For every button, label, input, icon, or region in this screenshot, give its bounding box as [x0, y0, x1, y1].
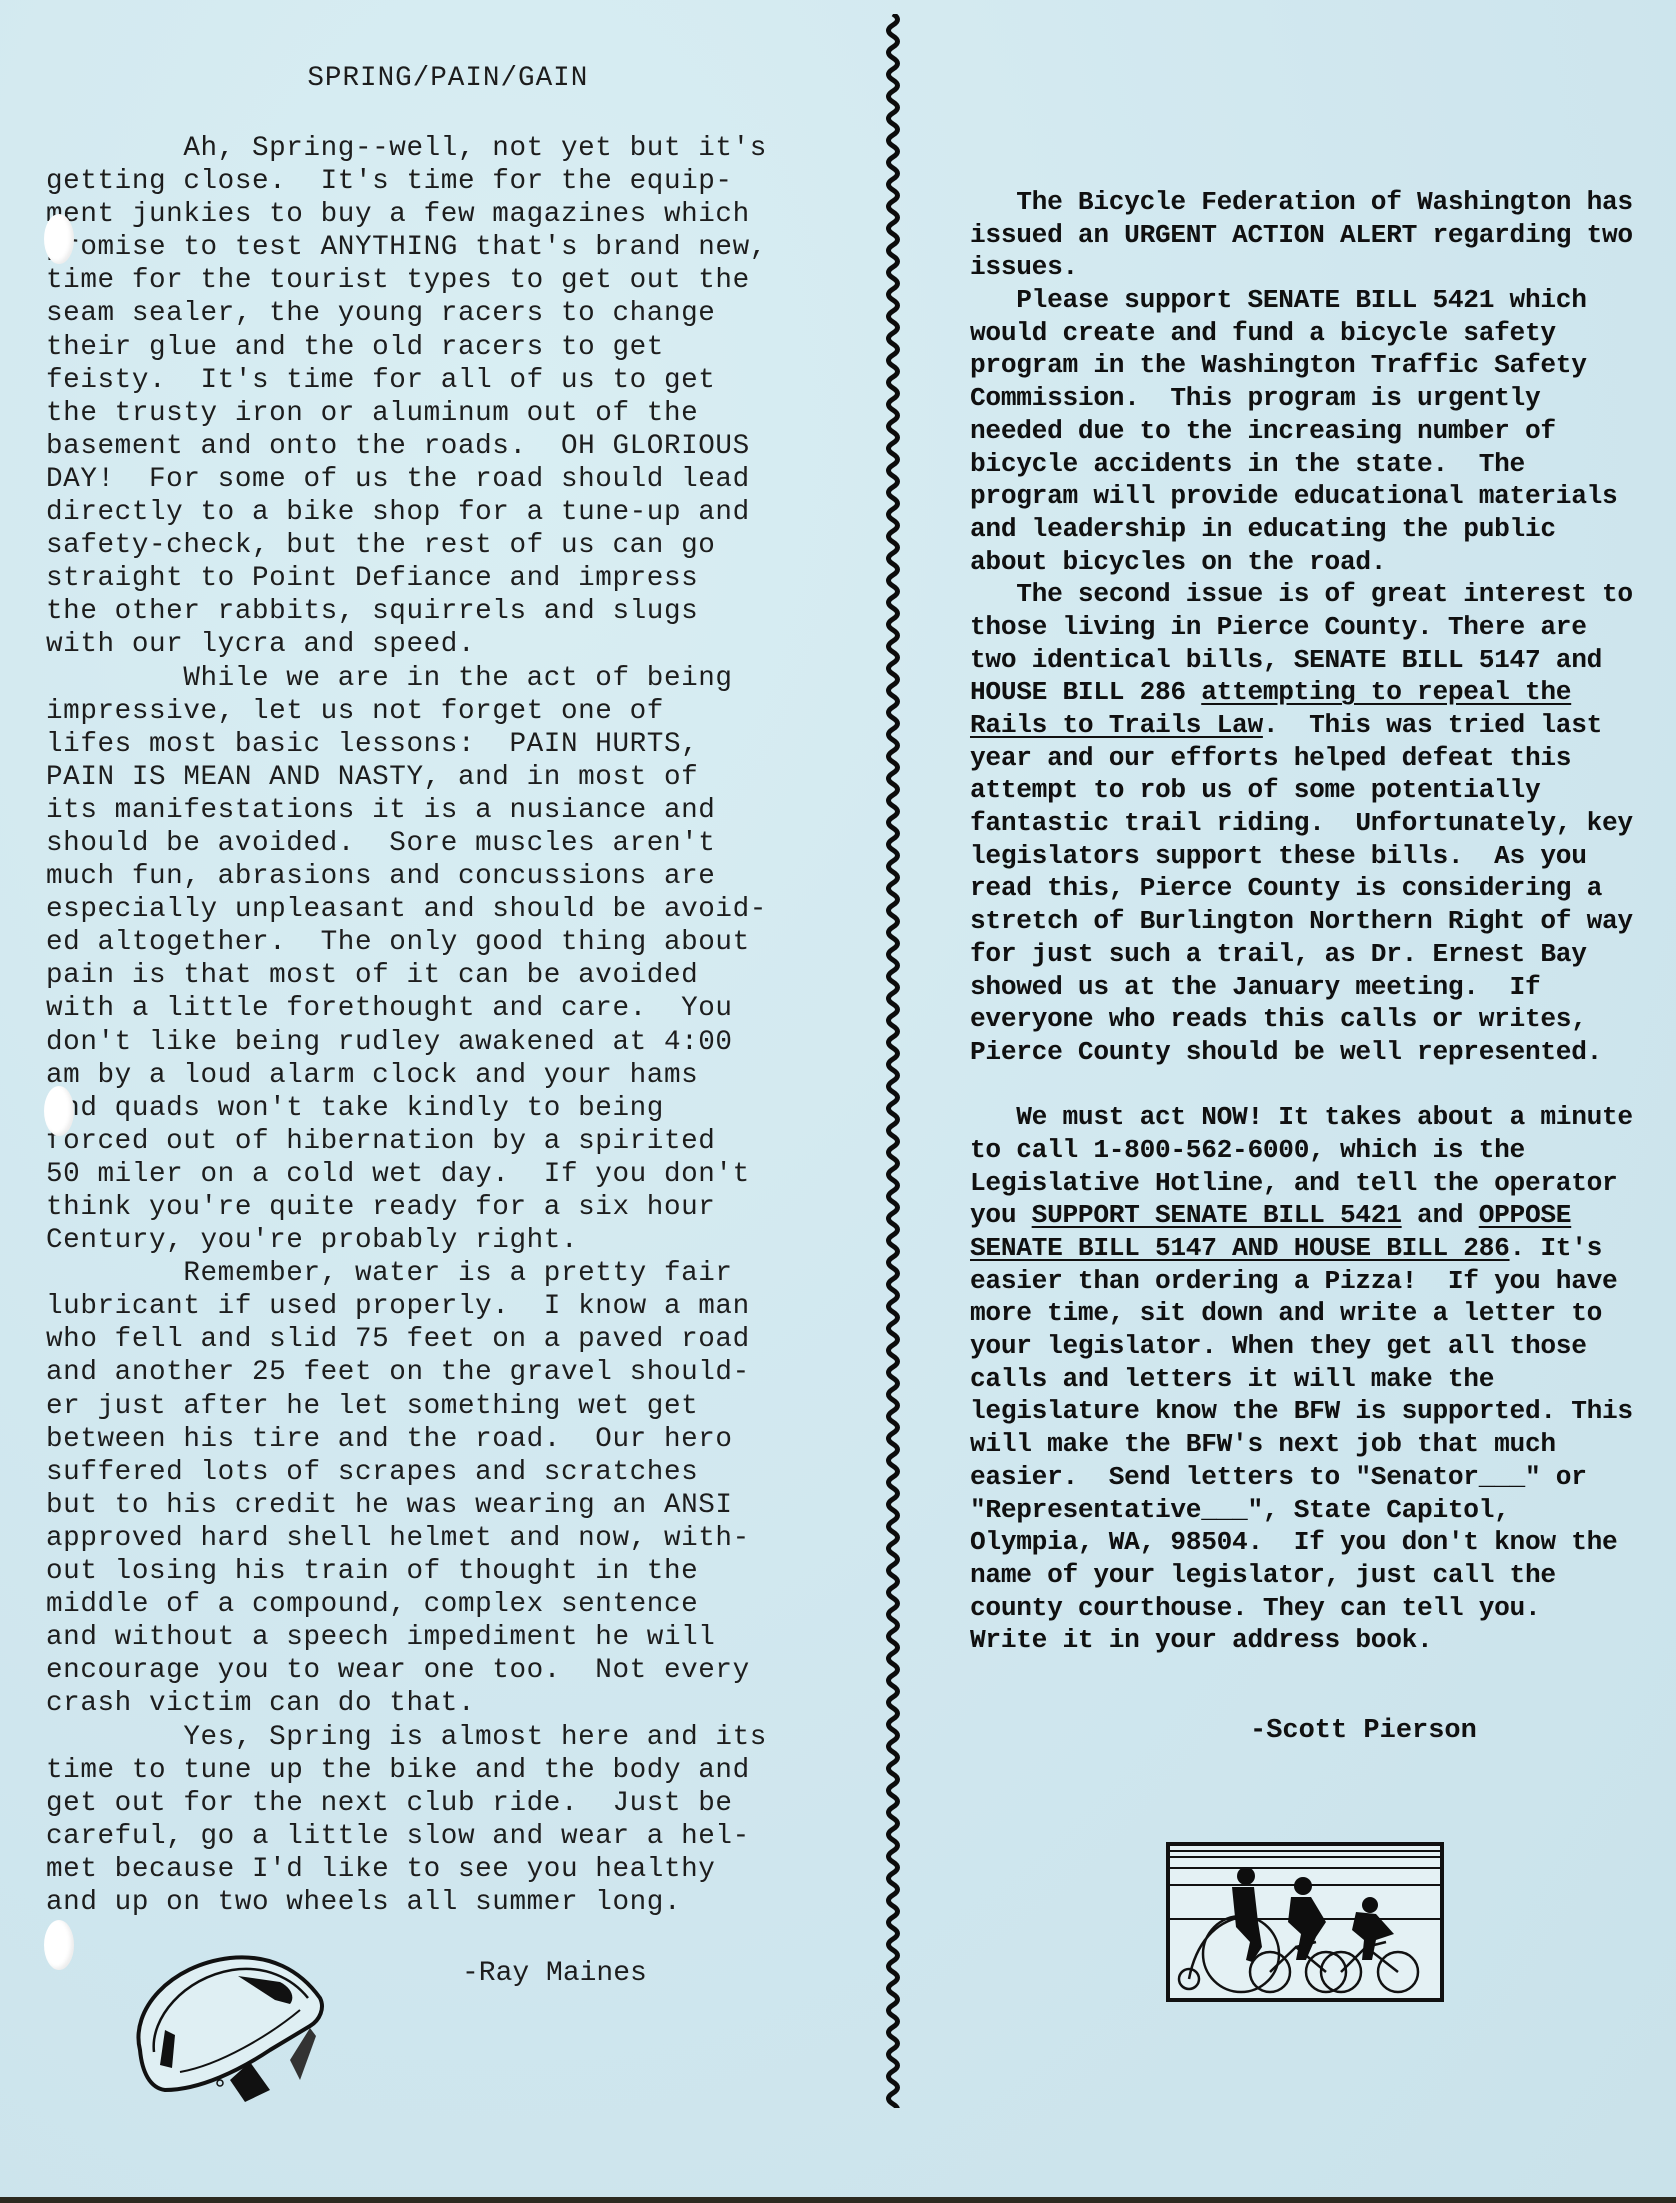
text-line: think you're quite ready for a six hour: [46, 1191, 767, 1224]
text-line: Pierce County should be well represented…: [970, 1036, 1676, 1069]
text-line: out losing his train of thought in the: [46, 1555, 767, 1588]
text-line: The Bicycle Federation of Washington has: [970, 186, 1676, 219]
text-line: easier. Send letters to "Senator___" or: [970, 1461, 1676, 1494]
text-line: legislature know the BFW is supported. T…: [970, 1395, 1676, 1428]
text-line: easier than ordering a Pizza! If you hav…: [970, 1265, 1676, 1298]
text-line: DAY! For some of us the road should lead: [46, 463, 767, 496]
text-line: Remember, water is a pretty fair: [46, 1257, 767, 1290]
binder-hole: [44, 214, 74, 264]
text-line: those living in Pierce County. There are: [970, 611, 1676, 644]
text-line: year and our efforts helped defeat this: [970, 742, 1676, 775]
text-line: Olympia, WA, 98504. If you don't know th…: [970, 1526, 1676, 1559]
text-line: er just after he let something wet get: [46, 1390, 767, 1423]
text-line: program in the Washington Traffic Safety: [970, 349, 1676, 382]
text-line: "Representative___", State Capitol,: [970, 1494, 1676, 1527]
text-line: don't like being rudley awakened at 4:00: [46, 1026, 767, 1059]
cyclists-silhouette-icon: [1166, 1842, 1444, 2002]
text-line: Ah, Spring--well, not yet but it's: [46, 132, 767, 165]
text-line: suffered lots of scrapes and scratches: [46, 1456, 767, 1489]
text-line: PAIN IS MEAN AND NASTY, and in most of: [46, 761, 767, 794]
text-line: legislators support these bills. As you: [970, 840, 1676, 873]
text-line: Write it in your address book.: [970, 1624, 1676, 1657]
text-line: with a little forethought and care. You: [46, 992, 767, 1025]
text-line: would create and fund a bicycle safety: [970, 317, 1676, 350]
text-line: showed us at the January meeting. If: [970, 971, 1676, 1004]
text-line: the trusty iron or aluminum out of the: [46, 397, 767, 430]
text-line: with our lycra and speed.: [46, 628, 767, 661]
text-line: and another 25 feet on the gravel should…: [46, 1356, 767, 1389]
text-line: time to tune up the bike and the body an…: [46, 1754, 767, 1787]
text-line: careful, go a little slow and wear a hel…: [46, 1820, 767, 1853]
text-line: crash victim can do that.: [46, 1687, 767, 1720]
text-line: and quads won't take kindly to being: [46, 1092, 767, 1125]
text-line: Commission. This program is urgently: [970, 382, 1676, 415]
text-line: Please support SENATE BILL 5421 which: [970, 284, 1676, 317]
paragraph-senate-bill-5421: Please support SENATE BILL 5421 whichwou…: [970, 284, 1676, 578]
text-line: about bicycles on the road.: [970, 546, 1676, 579]
text-line: but to his credit he was wearing an ANSI: [46, 1489, 767, 1522]
text-line: between his tire and the road. Our hero: [46, 1423, 767, 1456]
text-line: ment junkies to buy a few magazines whic…: [46, 198, 767, 231]
text-line: feisty. It's time for all of us to get: [46, 364, 767, 397]
text-line: getting close. It's time for the equip-: [46, 165, 767, 198]
text-line: and without a speech impediment he will: [46, 1621, 767, 1654]
text-line: time for the tourist types to get out th…: [46, 264, 767, 297]
text-line: met because I'd like to see you healthy: [46, 1853, 767, 1886]
underlined-text: OPPOSE: [1479, 1200, 1572, 1230]
text-line: SENATE BILL 5147 AND HOUSE BILL 286. It'…: [970, 1232, 1676, 1265]
text-line: encourage you to wear one too. Not every: [46, 1654, 767, 1687]
text-line: issues.: [970, 251, 1676, 284]
paragraph-call-to-action: We must act NOW! It takes about a minute…: [970, 1101, 1676, 1657]
text-line: pain is that most of it can be avoided: [46, 959, 767, 992]
underlined-text: SUPPORT SENATE BILL 5421: [1032, 1200, 1402, 1230]
text-line: needed due to the increasing number of: [970, 415, 1676, 448]
wavy-column-divider: [876, 14, 910, 2108]
text-line: While we are in the act of being: [46, 662, 767, 695]
text-line: more time, sit down and write a letter t…: [970, 1297, 1676, 1330]
text-line: attempt to rob us of some potentially: [970, 774, 1676, 807]
text-line: directly to a bike shop for a tune-up an…: [46, 496, 767, 529]
text-line: and leadership in educating the public: [970, 513, 1676, 546]
underlined-text: Rails to Trails Law: [970, 710, 1263, 740]
text-line: Century, you're probably right.: [46, 1224, 767, 1257]
author-signature-ray-maines: -Ray Maines: [462, 1958, 647, 1989]
text-line: its manifestations it is a nusiance and: [46, 794, 767, 827]
text-line: approved hard shell helmet and now, with…: [46, 1522, 767, 1555]
article-body: Ah, Spring--well, not yet but it'sgettin…: [46, 132, 767, 1919]
paragraph-intro: The Bicycle Federation of Washington has…: [970, 186, 1676, 284]
text-line: impressive, let us not forget one of: [46, 695, 767, 728]
text-line: basement and onto the roads. OH GLORIOUS: [46, 430, 767, 463]
text-line: your legislator. When they get all those: [970, 1330, 1676, 1363]
text-line: the other rabbits, squirrels and slugs: [46, 595, 767, 628]
bicycle-helmet-icon: [120, 1940, 340, 2110]
text-line: read this, Pierce County is considering …: [970, 872, 1676, 905]
text-line: issued an URGENT ACTION ALERT regarding …: [970, 219, 1676, 252]
text-line: you SUPPORT SENATE BILL 5421 and OPPOSE: [970, 1199, 1676, 1232]
binder-hole: [44, 1086, 74, 1136]
text-line: bicycle accidents in the state. The: [970, 448, 1676, 481]
text-line: straight to Point Defiance and impress: [46, 562, 767, 595]
text-line: name of your legislator, just call the: [970, 1559, 1676, 1592]
article-title: SPRING/PAIN/GAIN: [46, 62, 850, 95]
text-line: and up on two wheels all summer long.: [46, 1886, 767, 1919]
text-line: who fell and slid 75 feet on a paved roa…: [46, 1323, 767, 1356]
text-line: Legislative Hotline, and tell the operat…: [970, 1167, 1676, 1200]
text-line: am by a loud alarm clock and your hams: [46, 1059, 767, 1092]
underlined-text: attempting to repeal the: [1201, 677, 1571, 707]
text-line: fantastic trail riding. Unfortunately, k…: [970, 807, 1676, 840]
text-line: lubricant if used properly. I know a man: [46, 1290, 767, 1323]
text-line: HOUSE BILL 286 attempting to repeal the: [970, 676, 1676, 709]
text-line: stretch of Burlington Northern Right of …: [970, 905, 1676, 938]
page-edge: [0, 2197, 1676, 2203]
paragraph-second-issue: The second issue is of great interest to…: [970, 578, 1676, 1068]
text-line: 50 miler on a cold wet day. If you don't: [46, 1158, 767, 1191]
text-line: calls and letters it will make the: [970, 1363, 1676, 1396]
text-line: for just such a trail, as Dr. Ernest Bay: [970, 938, 1676, 971]
text-line: We must act NOW! It takes about a minute: [970, 1101, 1676, 1134]
text-line: everyone who reads this calls or writes,: [970, 1003, 1676, 1036]
underlined-text: SENATE BILL 5147 AND HOUSE BILL 286: [970, 1233, 1510, 1263]
text-line: middle of a compound, complex sentence: [46, 1588, 767, 1621]
text-line: two identical bills, SENATE BILL 5147 an…: [970, 644, 1676, 677]
text-line: The second issue is of great interest to: [970, 578, 1676, 611]
text-line: to call 1-800-562-6000, which is the: [970, 1134, 1676, 1167]
text-line: ed altogether. The only good thing about: [46, 926, 767, 959]
text-line: much fun, abrasions and concussions are: [46, 860, 767, 893]
text-line: especially unpleasant and should be avoi…: [46, 893, 767, 926]
text-line: their glue and the old racers to get: [46, 331, 767, 364]
text-line: lifes most basic lessons: PAIN HURTS,: [46, 728, 767, 761]
text-line: seam sealer, the young racers to change: [46, 297, 767, 330]
text-line: should be avoided. Sore muscles aren't: [46, 827, 767, 860]
text-line: forced out of hibernation by a spirited: [46, 1125, 767, 1158]
text-line: Rails to Trails Law. This was tried last: [970, 709, 1676, 742]
text-line: county courthouse. They can tell you.: [970, 1592, 1676, 1625]
text-line: program will provide educational materia…: [970, 480, 1676, 513]
article-bfw-action-alert: The Bicycle Federation of Washington has…: [970, 186, 1676, 1657]
text-line: safety-check, but the rest of us can go: [46, 529, 767, 562]
text-line: will make the BFW's next job that much: [970, 1428, 1676, 1461]
author-signature-scott-pierson: -Scott Pierson: [1250, 1716, 1477, 1746]
text-line: get out for the next club ride. Just be: [46, 1787, 767, 1820]
text-line: Yes, Spring is almost here and its: [46, 1721, 767, 1754]
binder-hole: [44, 1920, 74, 1970]
text-line: promise to test ANYTHING that's brand ne…: [46, 231, 767, 264]
